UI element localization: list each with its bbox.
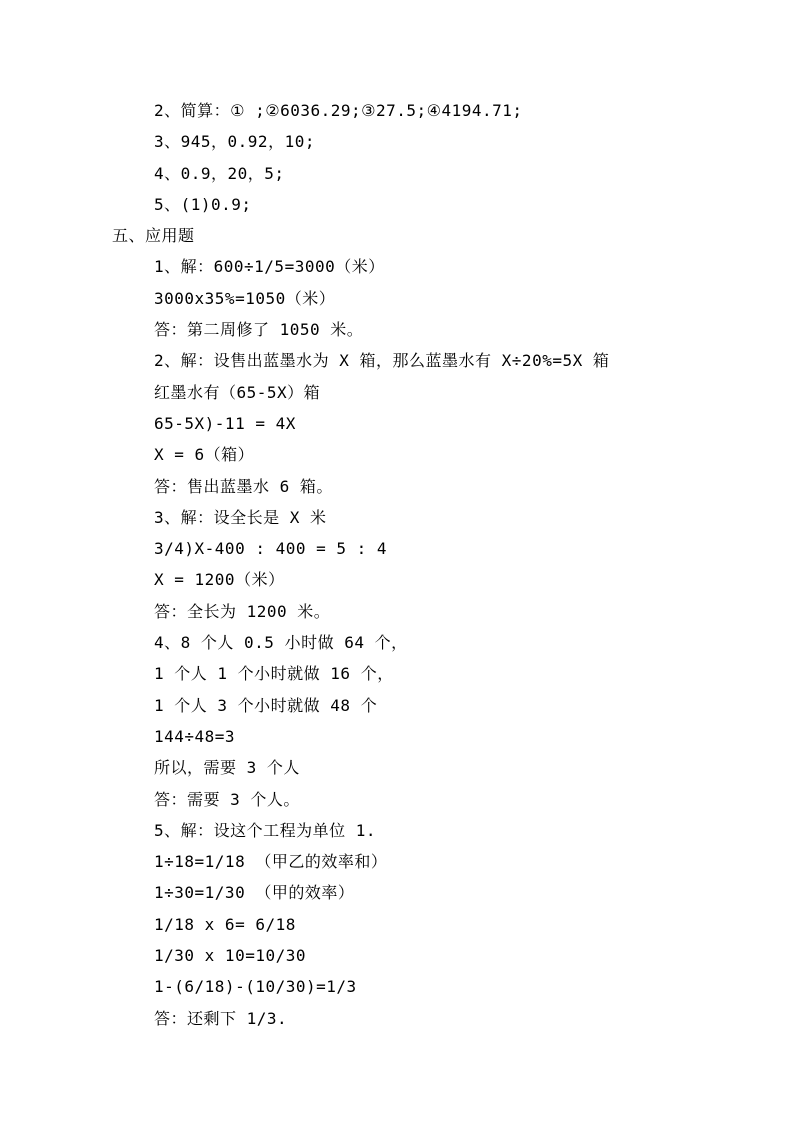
text-line: 红墨水有（65-5X）箱 [0,377,794,408]
text-line: 1÷18=1/18 （甲乙的效率和） [0,846,794,877]
text-line: 4、8 个人 0.5 小时做 64 个， [0,627,794,658]
text-line: 65-5X)-11 = 4X [0,408,794,439]
text-line: X = 6（箱） [0,439,794,470]
text-line: 2、解：设售出蓝墨水为 X 箱，那么蓝墨水有 X÷20%=5X 箱 [0,345,794,376]
text-line: 答：第二周修了 1050 米。 [0,314,794,345]
document-text-block: 2、简算：① ;②6036.29;③27.5;④4194.71;3、945，0.… [0,95,794,1034]
text-line: 1-(6/18)-(10/30)=1/3 [0,971,794,1002]
text-line: 答：售出蓝墨水 6 箱。 [0,471,794,502]
text-line: 2、简算：① ;②6036.29;③27.5;④4194.71; [0,95,794,126]
text-line: 3/4)X-400 : 400 = 5 : 4 [0,533,794,564]
text-line: 所以，需要 3 个人 [0,752,794,783]
section-heading: 五、应用题 [0,220,794,251]
text-line: 1、解：600÷1/5=3000（米） [0,251,794,282]
text-line: 144÷48=3 [0,721,794,752]
text-line: 1÷30=1/30 （甲的效率） [0,877,794,908]
text-line: 3000x35%=1050（米） [0,283,794,314]
text-line: 1/30 x 10=10/30 [0,940,794,971]
document-page: 2、简算：① ;②6036.29;③27.5;④4194.71;3、945，0.… [0,0,794,1123]
text-line: 1 个人 3 个小时就做 48 个 [0,690,794,721]
text-line: 1 个人 1 个小时就做 16 个， [0,658,794,689]
text-line: 3、解：设全长是 X 米 [0,502,794,533]
text-line: 5、解：设这个工程为单位 1. [0,815,794,846]
text-line: 1/18 x 6= 6/18 [0,909,794,940]
text-line: 答：需要 3 个人。 [0,784,794,815]
text-line: X = 1200（米） [0,564,794,595]
text-line: 答：还剩下 1/3. [0,1003,794,1034]
text-line: 答：全长为 1200 米。 [0,596,794,627]
text-line: 4、0.9，20，5; [0,158,794,189]
text-line: 5、(1)0.9; [0,189,794,220]
text-line: 3、945，0.92，10; [0,126,794,157]
